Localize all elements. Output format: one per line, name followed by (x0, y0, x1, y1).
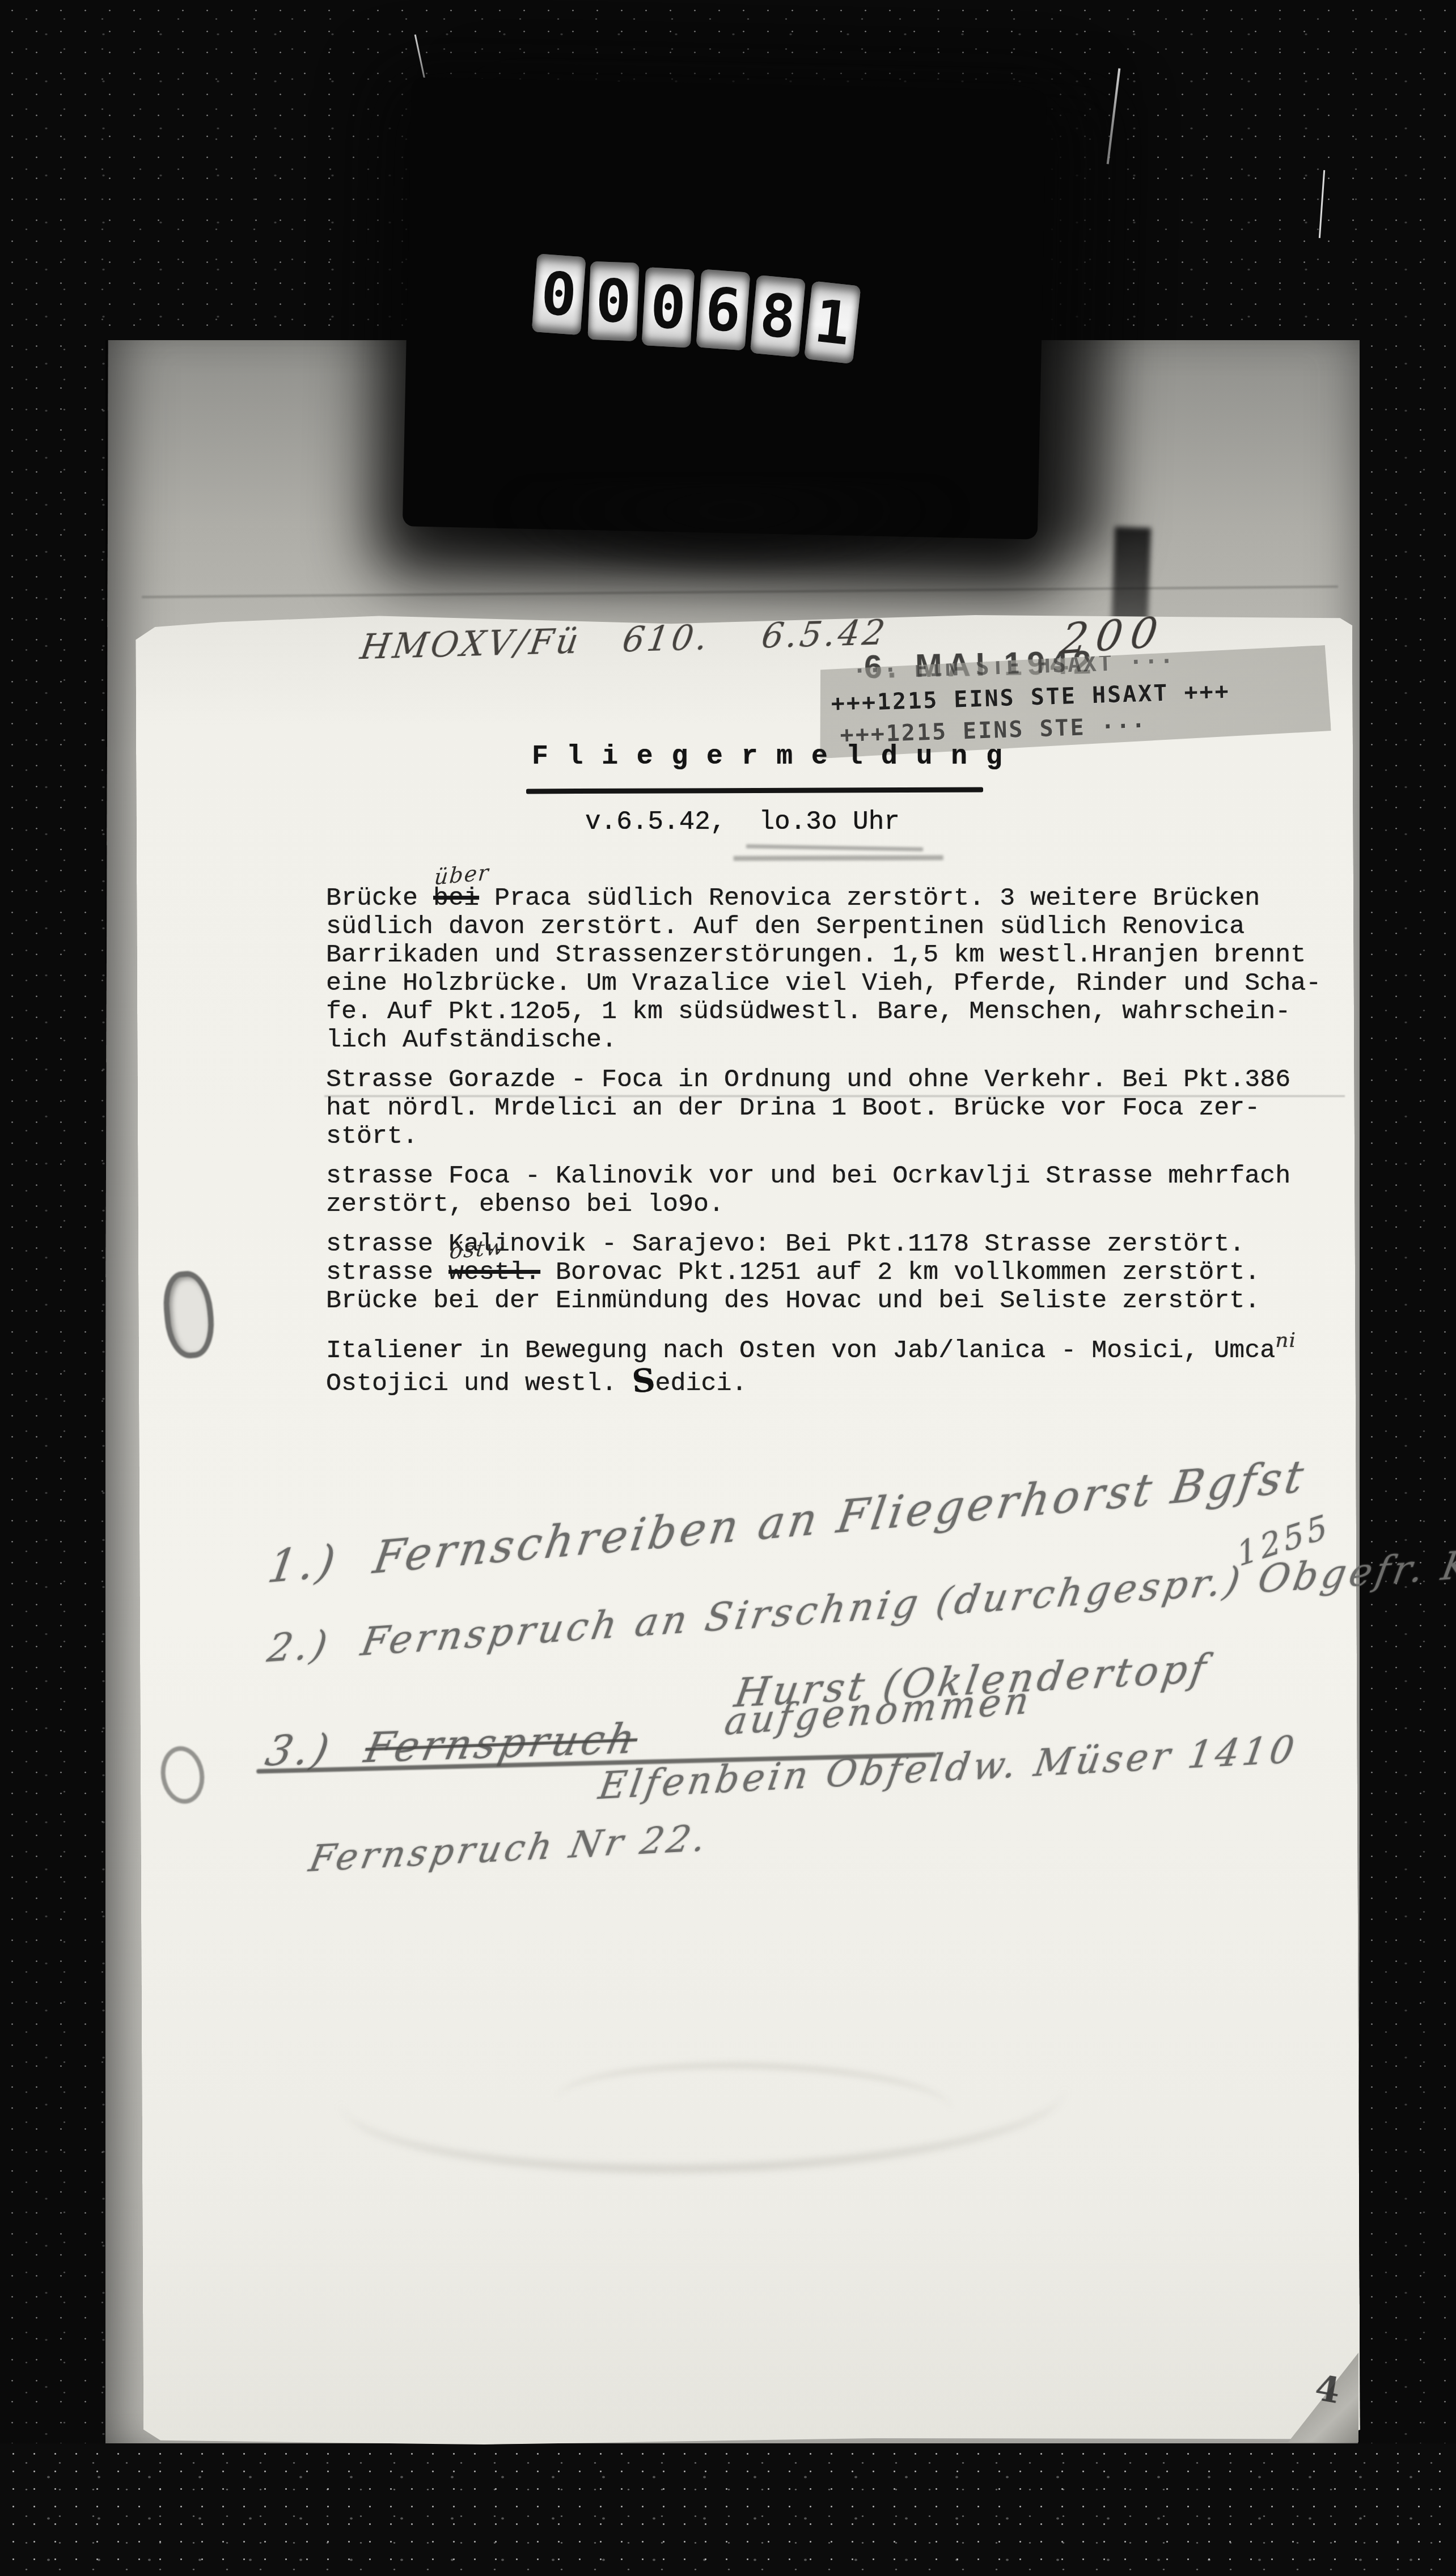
paragraph-italiener: Italiener in Bewegung nach Osten von Jab… (326, 1327, 1352, 1398)
typed-line: Ostojici und westl. (326, 1369, 632, 1398)
typed-line: stört. (326, 1122, 418, 1151)
typed-line: Strasse Gorazde - Foca in Ordnung und oh… (326, 1065, 1290, 1094)
pencil-note-number: 1.) (264, 1536, 342, 1594)
paragraph-gorazde: Strasse Gorazde - Foca in Ordnung und oh… (326, 1066, 1352, 1151)
typed-line: strasse Foca - Kalinovik vor und bei Ocr… (326, 1162, 1290, 1190)
correction: westl.östw (448, 1259, 540, 1287)
typed-line: fe. Auf Pkt.12o5, 1 km südsüdwestl. Bare… (326, 997, 1290, 1026)
handwritten-correction: östw (448, 1232, 506, 1265)
handwritten-doc-number: 610. (620, 618, 713, 660)
datetime-date: v.6.5.42, (585, 807, 726, 837)
paragraph-bruecke: Brücke beiüber Praca südlich Renovica ze… (326, 884, 1352, 1054)
typed-line: Borovac Pkt.1251 auf 2 km vollkommen zer… (540, 1258, 1260, 1287)
black-left-strip (0, 0, 105, 2576)
typed-line: hat nördl. Mrdelici an der Drina 1 Boot.… (326, 1094, 1260, 1122)
handwritten-letter: S (631, 1366, 656, 1396)
black-bottom-texture (0, 2443, 1456, 2576)
report-datetime: v.6.5.42,lo.3o Uhr (585, 807, 900, 837)
paragraph-kalinovik: strasse Kalinovik - Sarajevo: Bei Pkt.11… (326, 1230, 1352, 1315)
counter-digit: 0 (642, 267, 695, 348)
report-title: F l i e g e r m e l d u n g (532, 742, 1004, 772)
typed-line: Italiener in Bewegung nach Osten von Jab… (326, 1336, 1275, 1365)
typed-line: edici. (655, 1369, 747, 1398)
pencil-note-number: 2.) (264, 1622, 334, 1672)
counter-digit: 0 (587, 261, 639, 341)
typed-line: Brücke bei der Einmündung des Hovac und … (326, 1286, 1260, 1315)
typed-body: Brücke beiüber Praca südlich Renovica ze… (326, 884, 1352, 1409)
scanned-document-photo: 0 0 0 6 8 1 4 HMOXV/Fü610.6.5.42 6. MAI … (0, 0, 1456, 2576)
datetime-suffix: Uhr (853, 807, 900, 837)
counter-digit: 8 (750, 275, 806, 357)
black-right-strip (1360, 0, 1456, 2576)
counter-digit: 1 (804, 281, 861, 363)
handwritten-addition: ni (1275, 1329, 1296, 1352)
handwritten-unit: HMOXV/Fü (358, 621, 584, 667)
correction: beiüber (433, 884, 479, 913)
typed-line: strasse (326, 1258, 448, 1287)
typed-line: südlich davon zerstört. Auf den Serpenti… (326, 912, 1245, 941)
counter-digit: 6 (696, 269, 750, 351)
typed-line: Praca südlich Renovica zerstört. 3 weite… (479, 884, 1260, 913)
typed-line: eine Holzbrücke. Um Vrazalice viel Vieh,… (326, 969, 1321, 998)
typed-line: Barrikaden und Strassenzerstörungen. 1,5… (326, 940, 1306, 969)
handwritten-correction: über (433, 858, 491, 891)
typed-line: zerstört, ebenso bei lo9o. (326, 1190, 724, 1219)
counter-device-shadow (499, 482, 964, 578)
counter-digit: 0 (532, 253, 586, 335)
typed-line: Brücke (326, 884, 433, 913)
typed-line: lich Aufständische. (326, 1026, 617, 1054)
datetime-time: lo.3o (759, 807, 837, 837)
paragraph-foca: strasse Foca - Kalinovik vor und bei Ocr… (326, 1162, 1352, 1219)
